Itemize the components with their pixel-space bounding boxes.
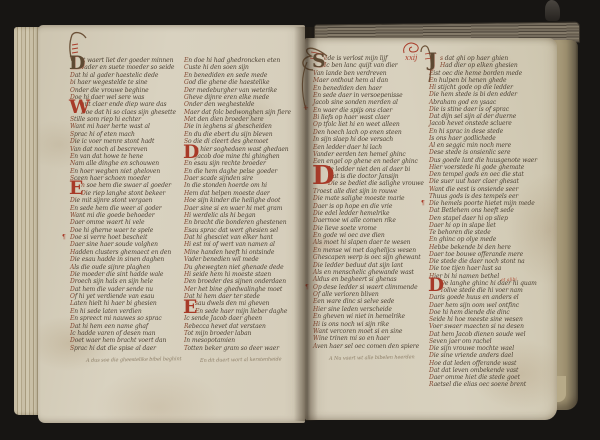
verse-line: Bi liefs op haer wast claer [313,114,425,121]
verse-line: Hier bi hi namen bethel [429,273,553,280]
verse-line: Die sine vriende anders dael [429,352,553,359]
verse-line: Die toe tijen haer lust sa [429,265,553,272]
verse-line: En die hem daghe pelse goeder [184,168,302,175]
verse-line: Daer is op hope en die vrie [313,203,425,210]
drop-cap-initial: E [183,299,197,316]
verse-line: Die riep langhe stont bekeer [70,190,182,197]
verse-line: Hi stijcht gode op die ledder [429,84,553,91]
verse-line: Du ghewegten niet ghenade dede [184,264,302,271]
verse-line: Met den dien broeder here [184,116,302,123]
verse-line: ¶Die hemels poorte hietet mijn mede [429,200,553,207]
verse-line: Daer sine si en waer hi met gram [184,205,302,212]
verse-line: e hier soghedaen wast ghedaen [184,146,302,153]
margin-cross-mark: + [303,104,309,112]
verse-line: Al en seggic min noch mere [429,142,553,149]
verse-line: En sede haer mijn lieber daghe [184,308,302,315]
verse-line: Jacob hevet onstede scluere [429,120,553,127]
verse-line: Onder den weghestelde [184,101,302,108]
verse-line: Den broeder des sijnen onderdaen [184,278,302,285]
verse-line: Want mi die goede behoeder [70,212,182,219]
verse-line: Dus goede lant die huusgenote waer [429,157,553,164]
verse-line: ¶Op dese ledder si waert climmende [313,284,425,291]
verse-line: Van dat noch al bescreven [70,146,182,153]
verse-line: En doe hi had ghedroncken eten [184,57,302,64]
verse-line: En sede daer in versoepenisse [313,92,425,99]
verse-line: Voer swaer maecten si na desen [429,323,553,330]
drop-cap-initial: D [183,144,199,161]
verse-line: Hier sine leden verscheide [313,306,425,313]
photo-stage: it waert liet der goeder minnenvader en … [0,0,600,440]
verse-line: Die suer uut haer claer ghesat [429,178,553,185]
verse-line: Den stapel daer hi op sliep [429,215,553,222]
verse-line: Sceen haer schoen moeder [70,175,182,182]
pilcrow-mark: ¶ [305,284,309,291]
verse-line: Die edel ledder hemelrike [313,210,425,217]
verse-line: En van dat howe te hene [70,153,182,160]
verse-line: Daer hi op in slape liet [429,222,553,229]
verse-line: Want vercoren moet si en sine [313,328,425,335]
verse-line: In die stonden hoerde om hi [184,182,302,189]
pilcrow-mark: ¶ [62,234,66,241]
verse-line: Daer sine haer soude volghen [70,241,182,248]
verse-line: Ghescapen werp is oec sijn ghewant [313,254,425,261]
verse-line: Op tfolc liet hi en weet alleen [313,121,425,128]
drop-cap-initial: S [312,53,325,70]
verse-line: Hi werdelic als hi began [184,212,302,219]
verse-line: Hoe sijn kinder die heilighe doot [184,197,302,204]
verse-line: Als die oude sijnre plaghen [70,264,182,271]
verse-line: Of alle verloren bliven [313,291,425,298]
verse-line: Hebbe bekende bi den here [429,244,553,251]
verse-line: Vander eerden ten hemel ghinc [313,151,425,158]
verse-line: Daer omme hiet die stede goet [429,374,553,381]
drop-cap-initial: D [69,55,85,72]
verse-line: Mer het bine ghedwalinghe moet [184,286,302,293]
verse-line: En bracht die bonderen ghestenen [184,219,302,226]
verse-line: bi haer wegestelde te sine [70,79,182,86]
verse-line: Totten beker gram so deer waer [184,345,302,352]
verse-line: Sprac hi dat die spise al daer [70,345,182,352]
verse-line: Die moeder die sint hadde wale [70,271,182,278]
verse-line: Dat Betlehem ons heeft sede [429,207,553,214]
verse-line: En hi sprac in dese stede [429,128,553,135]
verse-line: Die esau hadde in sinen daghen [70,256,182,263]
verse-line: En sede hem die weer al goder [70,205,182,212]
right-page: xxij + et alibi ede is verlost mijn lijf… [305,38,557,420]
verse-line: Dat hi hem een name ghaf [70,323,182,330]
verse-line: En hoer weghen niet gheloven [70,168,182,175]
verse-line: Een ware dinc si selve sede [313,298,425,305]
verse-line: Hi seide hem hi moeste staen [184,271,302,278]
verse-line: Daris goede huus en anders el [429,294,553,301]
verse-line: Ic sende Jacob daer gheen [184,315,302,322]
verse-line: Die is stine daer is of sprac [429,106,553,113]
verse-line: Doe hi hem diende die dinc [429,309,553,316]
verse-line: Wine trinen mi so en haer [313,335,425,342]
verse-line: Vader benedien wil mede [184,256,302,263]
verse-line: Onder die vrouwe beghine [70,87,182,94]
verse-line: Mine handen heeft hi ontsinde [184,249,302,256]
drop-cap-initial: D [312,164,335,188]
verse-line: Hadden clusters ghemaect en den [70,249,182,256]
verse-line: Van lande ben verdreven [313,70,425,77]
verse-line: Dat hi al gader haestelic dede [70,72,182,79]
verse-line: Is ons haer godlichede [429,135,553,142]
verse-line: Die stede die daer noch stont na [429,258,553,265]
verse-line: Maer dat folc bedwonghen sijn fiere [184,109,302,116]
verse-line: n soe hem die swaer al goeder [70,182,182,189]
verse-line: Die mate salighe moeste marie [313,195,425,202]
verse-line: Gheve dijnre eren elke mede [184,94,302,101]
verse-line: Der medeburgher van weterike [184,87,302,94]
verse-line: Den hoech lach op enen steen [313,129,425,136]
verse-line: Abraham god en ysaac [429,99,553,106]
verse-line: Daermoe wi alle comen rike [313,217,425,224]
drop-cap-initial: W [69,99,90,116]
verse-line: Seven jaer om rachel [429,338,553,345]
pilcrow-mark: ¶ [421,200,425,207]
verse-line: ede is verlost mijn lijf [313,55,425,62]
scribal-note: A dus soe die gheestelike bibel beghint [86,356,182,365]
verse-line: Dat hem Jacob dienen soude wel [429,331,553,338]
verse-line: Maer onthout hem al dan [313,77,425,84]
verse-line: Of hi yet verdiende van esau [70,293,182,300]
verse-line: Doet waer hem bracht voert dan [70,337,182,344]
verse-line: Die mit sijnre stont vergaen [70,197,182,204]
verse-line: vader en suete moeder so seide [70,64,182,71]
drop-cap-initial: D [428,278,444,295]
left-page: it waert liet der goeder minnenvader en … [38,25,305,423]
verse-line: Jacob doe mine thi ghinghen [184,153,302,160]
verse-line: Als en menschelic ghewande wast [313,269,425,276]
verse-line: s dat ghi op haer ghien [429,55,553,62]
scribal-note: A Nu vaert wt alle bibelen heerden [329,354,425,363]
verse-line: Aldus en begheert si ghenas [313,276,425,283]
verse-line: Tot mijn broeder laban [184,330,302,337]
verse-line: En ghinc op olye mede [429,236,553,243]
verse-line: Hi est mi of wert van namen al [184,241,302,248]
verse-line: Custe hi den soen sijn [184,64,302,71]
verse-line: In mesopotamien [184,337,302,344]
verse-line: En du die ebert du sijn bleven [184,131,302,138]
verse-line: Hier voerstede hi gode ghemate [429,164,553,171]
verse-line: En benediden en sede mede [184,72,302,79]
verse-line: En mense wi met daghelijcs wesen [313,247,425,254]
verse-line: Dat hem die vader sende nu [70,286,182,293]
verse-line: Dat hi hem daer ter stede [184,293,302,300]
verse-line: Had dier op elken ghesien [429,62,553,69]
verse-line: Die hem stede is bi den edder [429,91,553,98]
verse-line: Oe langhe ghinc hi daer hi quam [429,280,553,287]
verse-line: Te behoren die stede [429,229,553,236]
verse-line: En gheven wi niet in hemelrike [313,313,425,320]
verse-line: Thuus gods is des tempels eer [429,193,553,200]
verse-line: Laten hielt hi haer bi ghesien [70,300,182,307]
verse-line: Rebecca hevet dat verstaen [184,323,302,330]
drop-cap-initial: J [428,53,437,70]
verse-line: ¶Doe si verre hoet bescheit [70,234,182,241]
verse-line: Een ledder daer hi lach [313,144,425,151]
verse-line: Die in ieghens si ghescheiden [184,123,302,130]
drop-cap-initial: E [69,180,83,197]
right-column-2: s dat ghi op haer ghienHad dier op elken… [429,55,553,389]
verse-line: En hulpen bi henen ghede [429,77,553,84]
verse-line: Nam alle dinghe en schouwen [70,160,182,167]
verse-line: Ic ben lanc quijt van dier [313,62,425,69]
verse-line: Als moet hi slapen daer te wesen [313,239,425,246]
verse-line: En spreect mi nauwes so sprac [70,315,182,322]
verse-line: Die ic voer menre stont hadt [70,138,182,145]
left-page-edges [14,27,40,415]
verse-line: Jacob sine sonden merden al [313,99,425,106]
verse-line: Daer toe bouwe offerande mere [429,251,553,258]
verse-line: Droech sijn hals en sijn hele [70,278,182,285]
verse-line: Die sijn vrouwe mochte wael [429,345,553,352]
verse-line: En waer die spijs ons claer [313,107,425,114]
verse-line: Den tempel gods en oec die stat [429,171,553,178]
verse-line: Hi is ons noch wi sijn rike [313,321,425,328]
verse-line: Ic hadde varen of desen man [70,330,182,337]
verse-line: Die lieve soete vrome [313,225,425,232]
verse-line: Doe hi gherne waer te spele [70,227,182,234]
verse-line: En hi sede laten verdien [70,308,182,315]
verse-line: Dese stede is onsienlic sere [429,149,553,156]
verse-line: Seide hi hoe meeste sine wesen [429,316,553,323]
verse-line: Want mi haer herte wast al [70,123,182,130]
verse-line: En benediden den haer [313,85,425,92]
verse-line: Hoe dat leden offerande wast [429,360,553,367]
endband-tuft [545,0,560,21]
right-column-1: ede is verlost mijn lijfIc ben lanc quij… [313,55,425,362]
verse-line: Hem dat helpen moeste daer [184,190,302,197]
scribal-note: En dit duert wort al kerstenheide [200,356,302,365]
verse-line: Daer scade sijnden sire [184,175,302,182]
verse-line: Dat dijn sel sijn al der duerne [429,113,553,120]
verse-line: sau dwels den mi gheven [184,300,302,307]
verse-line: Aven haer sel oec comen den spiere [313,343,425,350]
verse-line: Esau sprac dat wert ghesien sel [184,227,302,234]
verse-line: Raetsel die elias oec soene brent [429,381,553,388]
verse-line: Dat dat leven ombekende vast [429,367,553,374]
verse-line: En esau sijn rechte broeder [184,160,302,167]
left-column-2: En doe hi had ghedroncken etenCuste hi d… [184,57,302,364]
verse-line: God die ghene die haestelike [184,79,302,86]
verse-line: it waert liet der goeder minnen [70,57,182,64]
verse-line: Tolive stede die hi voer nam [429,287,553,294]
left-column-1: it waert liet der goeder minnenvader en … [70,57,182,364]
verse-line: En gode wi oec ave dien [313,232,425,239]
verse-line: Die ledder beduut dat sijn lant [313,262,425,269]
verse-line: Want die eest is onsiende seer [429,186,553,193]
verse-line: Sprac hi of eten mach [70,131,182,138]
verse-line: So die di cleert des ghemoet [184,138,302,145]
verse-line: Daer hem sijn oom wel ontfinc [429,302,553,309]
verse-line: Eist oec die heme borden mede [429,70,553,77]
verse-line: Daer omme waert hi vele [70,219,182,226]
verse-line: In sijn slaep hi doe versach [313,136,425,143]
verse-line: Dat hi ghesciet van elker hant [184,234,302,241]
